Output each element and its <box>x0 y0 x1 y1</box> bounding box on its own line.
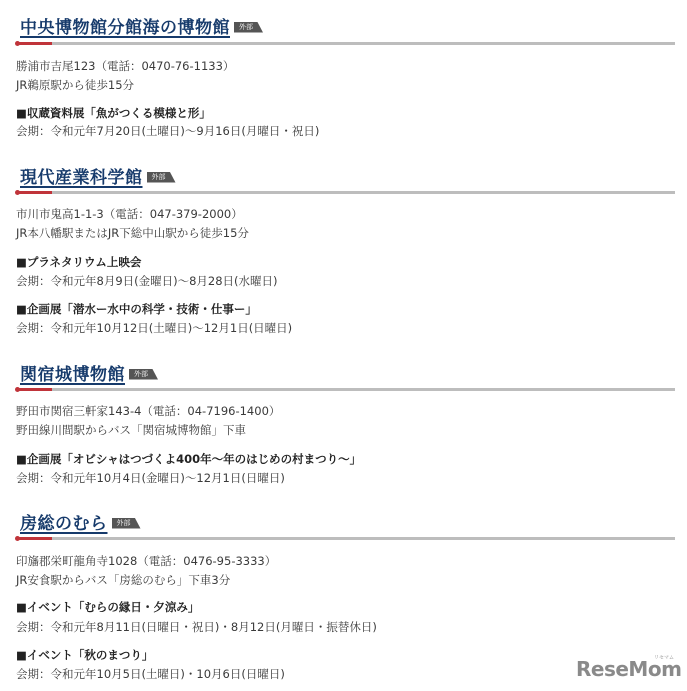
event-period: 会期：令和元年7月20日(土曜日)～9月16日(月曜日・祝日) <box>16 123 319 139</box>
event-title: ■イベント「むらの縁日・夕涼み」 <box>16 599 199 615</box>
event-period: 会期：令和元年8月9日(金曜日)～8月28日(水曜日) <box>16 273 278 289</box>
section-divider <box>16 537 675 540</box>
museum-title-row: 中央博物館分館海の博物館 外部 <box>20 12 263 38</box>
museum-address: 市川市鬼高1-1-3（電話：047-379-2000） <box>16 206 243 222</box>
event-period: 会期：令和元年8月11日(日曜日・祝日)・8月12日(月曜日・振替休日) <box>16 619 377 635</box>
museum-access: JR鵜原駅から徒歩15分 <box>16 77 134 93</box>
divider-accent <box>16 537 52 540</box>
external-link-badge: 外部 <box>147 172 176 183</box>
museum-title-link[interactable]: 関宿城博物館 <box>20 360 125 385</box>
museum-title-link[interactable]: 房総のむら <box>20 509 108 534</box>
museum-address: 勝浦市吉尾123（電話：0470-76-1133） <box>16 58 234 74</box>
museum-title-row: 房総のむら 外部 <box>20 508 141 534</box>
museum-title-row: 関宿城博物館 外部 <box>20 359 158 385</box>
divider-accent <box>16 388 52 391</box>
divider-accent <box>16 191 52 194</box>
museum-title-link[interactable]: 中央博物館分館海の博物館 <box>20 13 230 38</box>
external-link-badge: 外部 <box>112 518 141 529</box>
museum-access: JR本八幡駅またはJR下総中山駅から徒歩15分 <box>16 225 249 241</box>
museum-address: 野田市関宿三軒家143-4（電話：04-7196-1400） <box>16 403 280 419</box>
divider-accent <box>16 42 52 45</box>
section-divider <box>16 42 675 45</box>
event-title: ■プラネタリウム上映会 <box>16 254 141 270</box>
museum-address: 印旛郡栄町龍角寺1028（電話：0476-95-3333） <box>16 553 276 569</box>
museum-title-link[interactable]: 現代産業科学館 <box>20 163 143 188</box>
event-period: 会期：令和元年10月12日(土曜日)～12月1日(日曜日) <box>16 320 292 336</box>
event-period: 会期：令和元年10月5日(土曜日)・10月6日(日曜日) <box>16 666 285 682</box>
event-title: ■イベント「秋のまつり」 <box>16 647 153 663</box>
museum-access: 野田線川間駅からバス「関宿城博物館」下車 <box>16 422 246 438</box>
event-title: ■企画展「潜水ー水中の科学・技術・仕事ー」 <box>16 301 257 317</box>
section-divider <box>16 388 675 391</box>
event-title: ■企画展「オビシャはつづくよ400年～年のはじめの村まつり～」 <box>16 451 361 467</box>
museum-title-row: 現代産業科学館 外部 <box>20 162 176 188</box>
external-link-badge: 外部 <box>129 369 158 380</box>
event-period: 会期：令和元年10月4日(金曜日)～12月1日(日曜日) <box>16 470 285 486</box>
resemom-logo: ReseMom <box>576 657 681 681</box>
event-title: ■収蔵資料展「魚がつくる模様と形」 <box>16 105 211 121</box>
external-link-badge: 外部 <box>234 22 263 33</box>
museum-access: JR安食駅からバス「房総のむら」下車3分 <box>16 572 230 588</box>
section-divider <box>16 191 675 194</box>
